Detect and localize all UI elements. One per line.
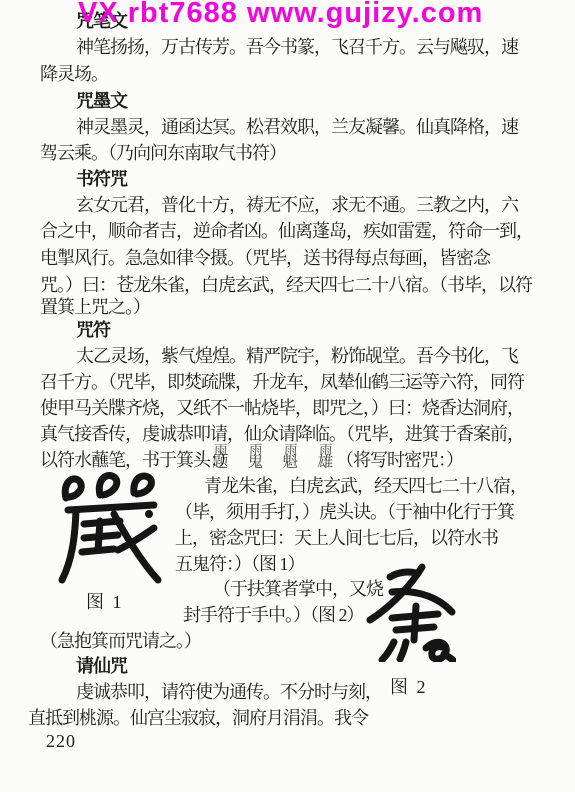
text-line: 上，密念咒曰：天上人间七七后，以符水书 [175,527,498,550]
text-line: （急抱箕而咒请之。） [40,630,201,653]
text-line: 神笔扬扬，万古传芳。吾今书篆，飞召千方。云与飚驭，速 [76,36,518,59]
talisman-drawing-2 [364,562,456,662]
section-heading: 请仙咒 [76,655,127,678]
text-line: 驾云乘。（乃向问东南取气书符） [40,142,286,165]
section-heading: 书符咒 [76,168,127,191]
talisman-glyph: 雨 雄 [309,444,343,470]
text-line: 封手符于手中。）（图 2） [183,604,364,627]
book-page: VX rbt7688 www.gujizy.com 咒笔文 神笔扬扬，万古传芳。… [0,0,575,792]
watermark-text: VX rbt7688 www.gujizy.com [78,0,483,30]
text-line: 使甲马关牒齐烧，又纸不一帖烧毕，即咒之，）曰：烧香达洞府， [40,397,524,420]
text-line: 降灵场。 [40,63,108,86]
figure-2-caption: 图 2 [390,673,428,699]
talisman-glyph: 雨 魁 [274,444,308,470]
section-heading: 咒符 [76,319,110,342]
text-line: 真气接香传，虔诚恭叩请，仙众请降临。（咒毕，进箕于香案前， [40,423,524,446]
text-line: 青龙朱雀，白虎玄武，经天四七二十八宿， [204,475,527,498]
text-line: （毕，须用手打，）虎头诀。（于袖中化行于箕 [175,501,514,524]
text-line: （将写时密咒：） [336,449,463,472]
talisman-glyph: 雨 鬼 [239,444,273,470]
text-line: 电掣风行。急急如律令摄。（咒毕，送书得每点每画，皆密念 [40,247,490,270]
inline-talisman-glyphs: 雨 题 雨 鬼 雨 魁 雨 雄 [204,444,342,470]
text-line: 神灵墨灵，通函达冥。松君效职，兰友凝馨。仙真降格，速 [76,116,518,139]
text-line: 太乙灵场，紫气煌煌。精严院宇，粉饰觇堂。吾今书化，飞 [76,345,518,368]
text-line: （于扶箕者掌中，又烧 [213,578,383,601]
section-heading: 咒墨文 [76,90,127,113]
talisman-glyph: 雨 题 [204,444,238,470]
text-line: 咒。）曰：苍龙朱雀，白虎玄武，经天四七二十八宿。（书毕，以符 [40,274,532,297]
page-number: 220 [46,731,76,752]
text-line: 五鬼符：）（图 1） [175,553,305,576]
text-line: 直抵到桃源。仙宫尘寂寂，洞府月涓涓。我令 [28,707,368,730]
text-line: 合之中，顺命者吉，逆命者凶。仙离蓬岛，疾如雷霆，符命一到， [40,220,533,243]
talisman-drawing-1 [56,468,164,586]
text-line: 置箕上咒之。） [40,296,150,319]
text-line: 召千方。（咒毕，即焚疏牒，升龙车，凤辇仙鹤三运等六符，同符 [40,371,524,394]
talisman-figure-2 [364,562,456,662]
text-line: 玄女元君，普化十方，祷无不应，求无不通。三教之内，六 [76,194,518,217]
talisman-figure-1 [56,468,164,586]
figure-1-caption: 图 1 [86,588,124,614]
text-line: 虔诚恭叩，请符使为通传。不分时与刻， [76,681,382,704]
